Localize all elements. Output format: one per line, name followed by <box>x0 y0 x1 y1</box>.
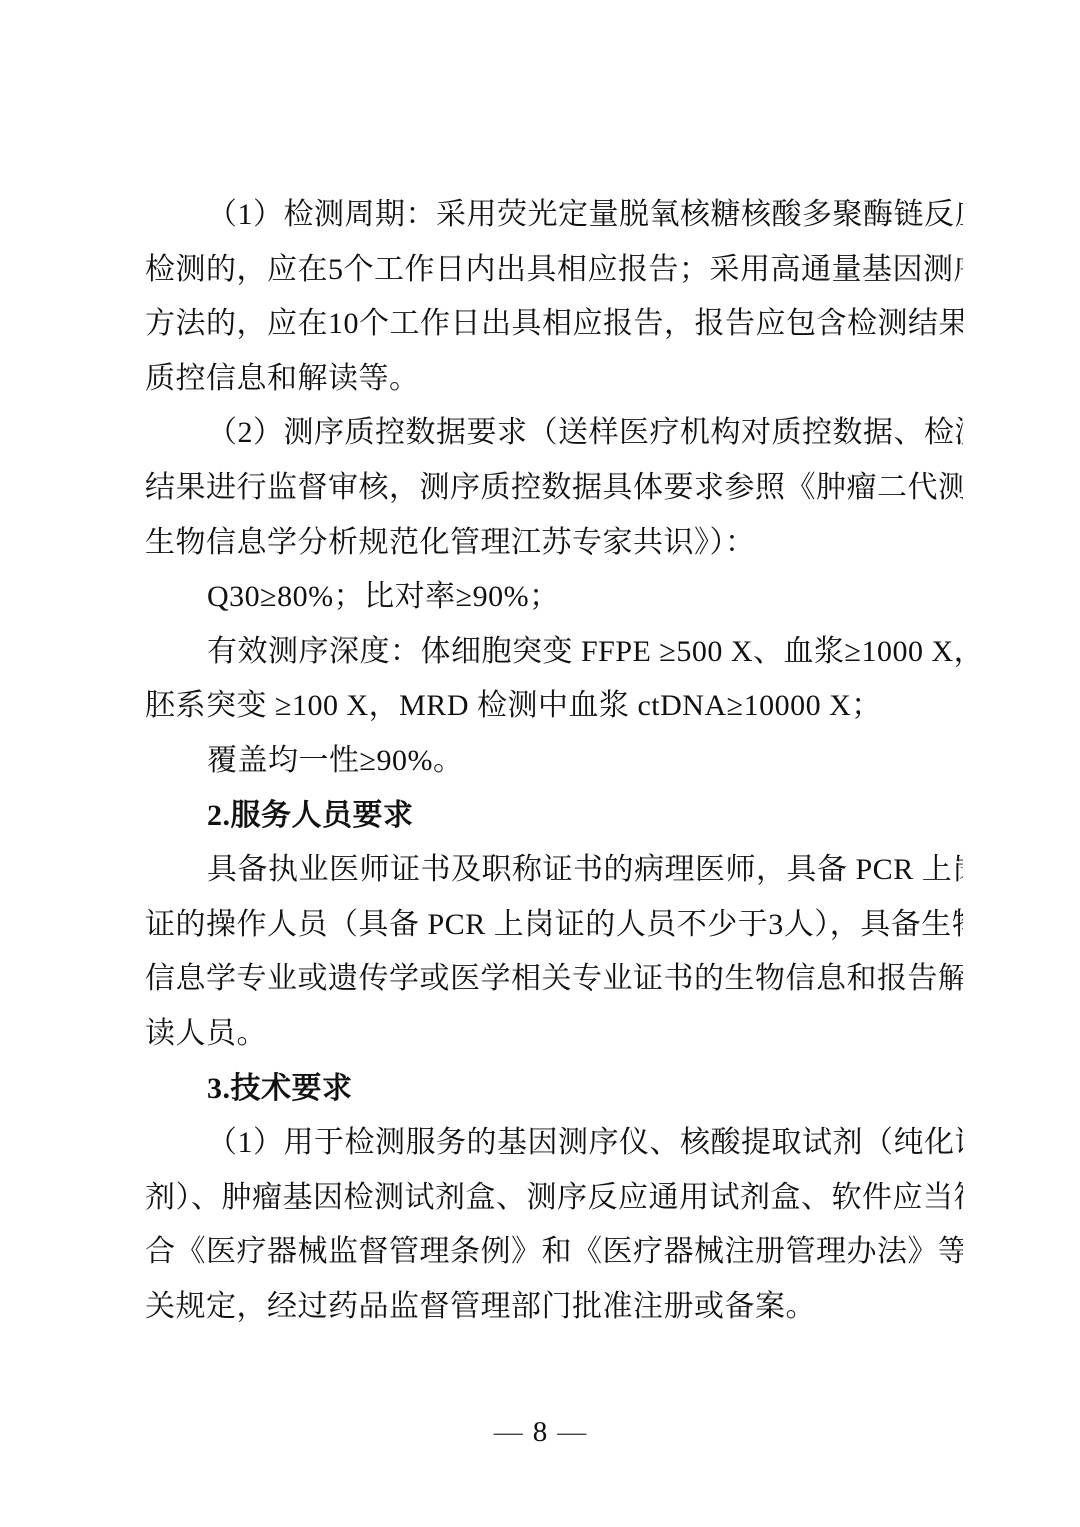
para-personnel-requirements: 具备执业医师证书及职称证书的病理医师，具备 PCR 上岗 证的操作人员（具备 P… <box>145 843 963 1061</box>
para-sequencing-depth: 有效测序深度：体细胞突变 FFPE ≥500 X、血浆≥1000 X， 胚系突变… <box>145 625 963 734</box>
footer-dash-right: — <box>557 1410 586 1455</box>
text-line: （2）测序质控数据要求（送样医疗机构对质控数据、检测 <box>145 406 963 461</box>
para-coverage-uniformity: 覆盖均一性≥90%。 <box>145 734 963 789</box>
text-line: 质控信息和解读等。 <box>145 352 963 407</box>
section-heading: 2.服务人员要求 <box>145 789 963 844</box>
para-q30-metrics: Q30≥80%；比对率≥90%； <box>145 570 963 625</box>
para-detection-cycle: （1）检测周期：采用荧光定量脱氧核糖核酸多聚酶链反应 检测的，应在5个工作日内出… <box>145 188 963 406</box>
text-line: 方法的，应在10个工作日出具相应报告，报告应包含检测结果、 <box>145 297 963 352</box>
text-line: 结果进行监督审核，测序质控数据具体要求参照《肿瘤二代测序 <box>145 461 963 516</box>
text-line: 胚系突变 ≥100 X，MRD 检测中血浆 ctDNA≥10000 X； <box>145 679 963 734</box>
document-body: （1）检测周期：采用荧光定量脱氧核糖核酸多聚酶链反应 检测的，应在5个工作日内出… <box>145 188 963 1334</box>
text-line: 有效测序深度：体细胞突变 FFPE ≥500 X、血浆≥1000 X， <box>145 625 963 680</box>
section-heading-service-personnel: 2.服务人员要求 <box>145 789 963 844</box>
text-line: （1）用于检测服务的基因测序仪、核酸提取试剂（纯化试 <box>145 1116 963 1171</box>
text-line: 关规定，经过药品监督管理部门批准注册或备案。 <box>145 1280 963 1335</box>
text-line: 检测的，应在5个工作日内出具相应报告；采用高通量基因测序 <box>145 243 963 298</box>
footer-dash-left: — <box>494 1410 523 1455</box>
text-line: 覆盖均一性≥90%。 <box>145 734 963 789</box>
document-page: （1）检测周期：采用荧光定量脱氧核糖核酸多聚酶链反应 检测的，应在5个工作日内出… <box>0 0 1080 1527</box>
text-line: 剂）、肿瘤基因检测试剂盒、测序反应通用试剂盒、软件应当符 <box>145 1171 963 1226</box>
section-heading: 3.技术要求 <box>145 1062 963 1117</box>
text-line: （1）检测周期：采用荧光定量脱氧核糖核酸多聚酶链反应 <box>145 188 963 243</box>
text-line: 合《医疗器械监督管理条例》和《医疗器械注册管理办法》等相 <box>145 1225 963 1280</box>
section-heading-technical-requirements: 3.技术要求 <box>145 1062 963 1117</box>
text-line: 生物信息学分析规范化管理江苏专家共识》）： <box>145 516 963 571</box>
page-footer: —8— <box>0 1410 1080 1455</box>
text-line: 读人员。 <box>145 1007 963 1062</box>
text-line: 证的操作人员（具备 PCR 上岗证的人员不少于3人），具备生物 <box>145 898 963 953</box>
para-qc-data-requirements: （2）测序质控数据要求（送样医疗机构对质控数据、检测 结果进行监督审核，测序质控… <box>145 406 963 570</box>
text-line: Q30≥80%；比对率≥90%； <box>145 570 963 625</box>
text-line: 具备执业医师证书及职称证书的病理医师，具备 PCR 上岗 <box>145 843 963 898</box>
page-number: 8 <box>533 1410 548 1455</box>
para-technical-requirements: （1）用于检测服务的基因测序仪、核酸提取试剂（纯化试 剂）、肿瘤基因检测试剂盒、… <box>145 1116 963 1334</box>
text-line: 信息学专业或遗传学或医学相关专业证书的生物信息和报告解 <box>145 952 963 1007</box>
